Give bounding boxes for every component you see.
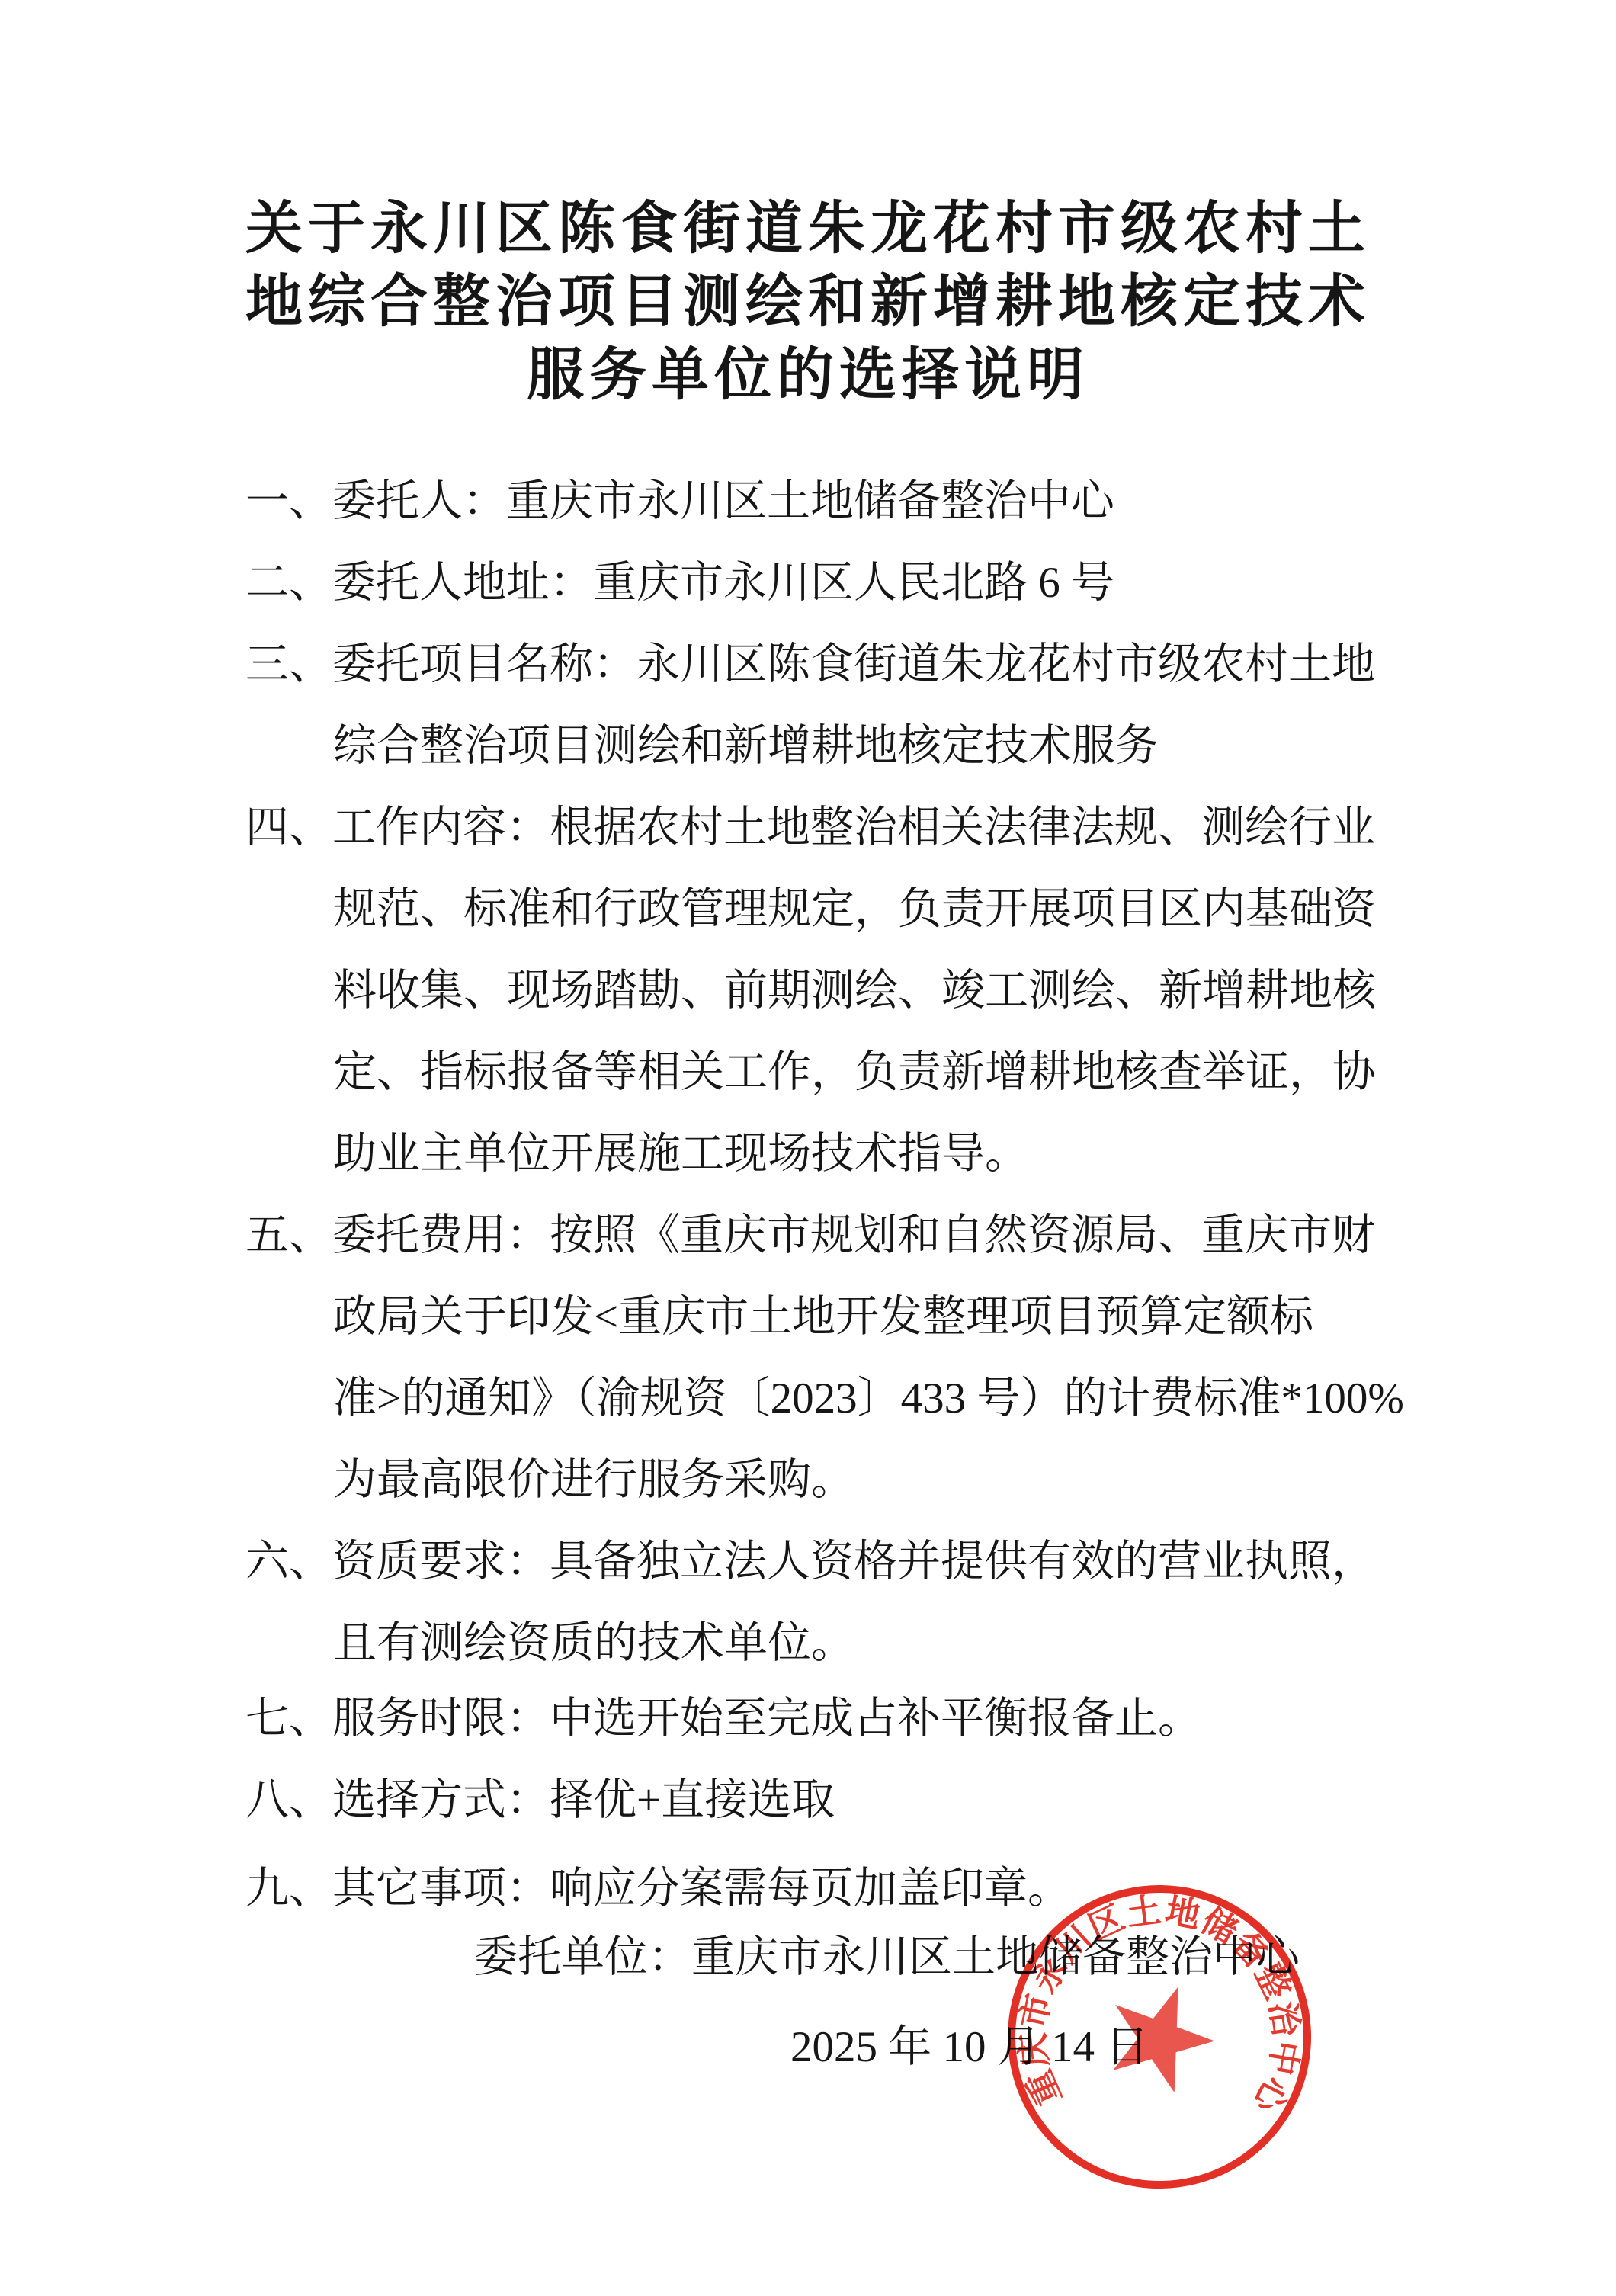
document-line-item: 七、服务时限：中选开始至完成占补平衡报备止。 <box>245 1678 1404 1759</box>
document-line-continuation: 准>的通知》（渝规资〔2023〕433 号）的计费标准*100% <box>245 1358 1404 1439</box>
official-seal: 重庆市永川区土地储备整治中心 <box>979 1856 1340 2217</box>
document-line-continuation: 且有测绘资质的技术单位。 <box>245 1602 1404 1684</box>
title-line-3: 服务单位的选择说明 <box>0 339 1616 412</box>
title-line-2: 地综合整治项目测绘和新增耕地核定技术 <box>0 266 1616 339</box>
document-line-continuation: 料收集、现场踏勘、前期测绘、竣工测绘、新增耕地核 <box>245 950 1404 1031</box>
document-line-continuation: 综合整治项目测绘和新增耕地核定技术服务 <box>245 705 1404 787</box>
seal-star <box>1094 1969 1228 2100</box>
document-line-item: 一、委托人：重庆市永川区土地储备整治中心 <box>245 460 1404 542</box>
document-line-continuation: 为最高限价进行服务采购。 <box>245 1439 1404 1521</box>
document-line-continuation: 定、指标报备等相关工作，负责新增耕地核查举证，协 <box>245 1031 1404 1113</box>
document-line-continuation: 助业主单位开展施工现场技术指导。 <box>245 1113 1404 1194</box>
document-line-item: 四、工作内容：根据农村土地整治相关法律法规、测绘行业 <box>245 787 1404 868</box>
document-line-continuation: 政局关于印发<重庆市土地开发整理项目预算定额标 <box>245 1276 1404 1358</box>
document-page: 关于永川区陈食街道朱龙花村市级农村土 地综合整治项目测绘和新增耕地核定技术 服务… <box>0 0 1616 2296</box>
seal-graphic: 重庆市永川区土地储备整治中心 <box>979 1856 1340 2217</box>
document-line-item: 五、委托费用：按照《重庆市规划和自然资源局、重庆市财 <box>245 1194 1404 1276</box>
document-title: 关于永川区陈食街道朱龙花村市级农村土 地综合整治项目测绘和新增耕地核定技术 服务… <box>0 193 1616 412</box>
document-line-continuation: 规范、标准和行政管理规定，负责开展项目区内基础资 <box>245 868 1404 950</box>
document-line-item: 八、选择方式：择优+直接选取 <box>245 1759 1404 1841</box>
document-line-item: 六、资质要求：具备独立法人资格并提供有效的营业执照， <box>245 1521 1404 1602</box>
document-line-item: 二、委托人地址：重庆市永川区人民北路 6 号 <box>245 542 1404 624</box>
title-line-1: 关于永川区陈食街道朱龙花村市级农村土 <box>0 193 1616 266</box>
document-body: 一、委托人：重庆市永川区土地储备整治中心二、委托人地址：重庆市永川区人民北路 6… <box>245 460 1404 2088</box>
document-line-item: 三、委托项目名称：永川区陈食街道朱龙花村市级农村土地 <box>245 624 1404 705</box>
